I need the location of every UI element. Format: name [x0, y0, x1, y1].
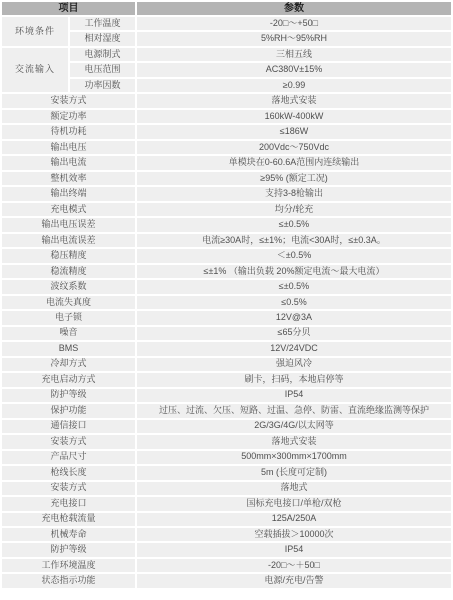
table-row: 防护等级IP54 — [1, 388, 452, 403]
table-row: 波纹系数≤±0.5% — [1, 279, 452, 294]
param-value-cell: AC380V±15% — [136, 62, 452, 77]
table-row: 充电接口国标充电接口/单枪/双枪 — [1, 496, 452, 511]
item-label-cell: 额定功率 — [1, 109, 136, 124]
param-value-cell: IP54 — [136, 388, 452, 403]
param-value-cell: 强迫风冷 — [136, 357, 452, 372]
item-label-cell: 冷却方式 — [1, 357, 136, 372]
table-row: 输出电流单模块在0-60.6A范围内连续输出 — [1, 155, 452, 170]
table-row: 整机效率≥95% (额定工况) — [1, 171, 452, 186]
item-label-cell: 工作环境温度 — [1, 558, 136, 573]
item-label-cell: 待机功耗 — [1, 124, 136, 139]
param-value-cell: 电流≥30A时，≤±1%；电流<30A时，≤±0.3A。 — [136, 233, 452, 248]
param-value-cell: 支持3-8枪输出 — [136, 186, 452, 201]
table-row: 额定功率160kW-400kW — [1, 109, 452, 124]
item-label-cell: 输出电流误差 — [1, 233, 136, 248]
table-row: 电流失真度≤0.5% — [1, 295, 452, 310]
param-value-cell: 均分/轮充 — [136, 202, 452, 217]
item-label-cell: 输出电压误差 — [1, 217, 136, 232]
item-label-cell: 功率因数 — [69, 78, 136, 93]
item-label-cell: 相对湿度 — [69, 31, 136, 46]
item-label-cell: 防护等级 — [1, 542, 136, 557]
spec-sheet: 项目 参数 环境条件工作温度-20□～+50□相对湿度5%RH～95%RH交流输… — [0, 0, 453, 600]
item-label-cell: 工作温度 — [69, 16, 136, 31]
table-row: 通信接口2G/3G/4G/以太网等 — [1, 419, 452, 434]
item-label-cell: 输出终端 — [1, 186, 136, 201]
param-value-cell: -20□～＋50□ — [136, 558, 452, 573]
param-value-cell: 三相五线 — [136, 47, 452, 62]
item-label-cell: 机械寿命 — [1, 527, 136, 542]
param-value-cell: ≥0.99 — [136, 78, 452, 93]
param-value-cell: ＜±0.5% — [136, 248, 452, 263]
item-label-cell: 输出电流 — [1, 155, 136, 170]
table-row: 安装方式落地式安装 — [1, 93, 452, 108]
table-row: 枪线长度5m (长度可定制) — [1, 465, 452, 480]
table-row: 电子锁12V@3A — [1, 310, 452, 325]
param-value-cell: 落地式安装 — [136, 93, 452, 108]
item-label-cell: 电流失真度 — [1, 295, 136, 310]
param-value-cell: 落地式安装 — [136, 434, 452, 449]
table-row: 产品尺寸500mm×300mm×1700mm — [1, 450, 452, 465]
param-value-cell: ≤0.5% — [136, 295, 452, 310]
table-row: 交流输入电源制式三相五线 — [1, 47, 452, 62]
param-value-cell: -20□～+50□ — [136, 16, 452, 31]
table-row: 相对湿度5%RH～95%RH — [1, 31, 452, 46]
item-label-cell: 电子锁 — [1, 310, 136, 325]
item-label-cell: 安装方式 — [1, 93, 136, 108]
header-item-label: 项目 — [1, 1, 136, 16]
item-label-cell: 通信接口 — [1, 419, 136, 434]
table-row: 输出终端支持3-8枪输出 — [1, 186, 452, 201]
item-label-cell: 枪线长度 — [1, 465, 136, 480]
param-value-cell: 电源/充电/告警 — [136, 573, 452, 589]
item-label-cell: 状态指示功能 — [1, 573, 136, 589]
table-row: 保护功能过压、过流、欠压、短路、过温、急停、防雷、直流绝缘监测等保护 — [1, 403, 452, 418]
param-value-cell: ≤±1% （输出负载 20%额定电流～最大电流） — [136, 264, 452, 279]
param-value-cell: 空载插拔＞10000次 — [136, 527, 452, 542]
param-value-cell: 落地式 — [136, 481, 452, 496]
table-row: 电压范围AC380V±15% — [1, 62, 452, 77]
item-label-cell: 稳流精度 — [1, 264, 136, 279]
table-row: 冷却方式强迫风冷 — [1, 357, 452, 372]
param-value-cell: 12V@3A — [136, 310, 452, 325]
param-value-cell: 5m (长度可定制) — [136, 465, 452, 480]
param-value-cell: 单模块在0-60.6A范围内连续输出 — [136, 155, 452, 170]
table-row: 机械寿命空载插拔＞10000次 — [1, 527, 452, 542]
table-row: 充电模式均分/轮充 — [1, 202, 452, 217]
param-value-cell: 125A/250A — [136, 512, 452, 527]
item-label-cell: 整机效率 — [1, 171, 136, 186]
table-row: 输出电压误差≤±0.5% — [1, 217, 452, 232]
table-row: 功率因数≥0.99 — [1, 78, 452, 93]
param-value-cell: 2G/3G/4G/以太网等 — [136, 419, 452, 434]
item-label-cell: 充电启动方式 — [1, 372, 136, 387]
table-header: 项目 参数 — [1, 1, 452, 16]
item-label-cell: 充电接口 — [1, 496, 136, 511]
item-label-cell: 防护等级 — [1, 388, 136, 403]
item-label-cell: 电源制式 — [69, 47, 136, 62]
item-label-cell: 波纹系数 — [1, 279, 136, 294]
param-value-cell: ≤65分贝 — [136, 326, 452, 341]
item-label-cell: 充电枪载流量 — [1, 512, 136, 527]
item-label-cell: BMS — [1, 341, 136, 356]
param-value-cell: 刷卡，扫码，本地启停等 — [136, 372, 452, 387]
param-value-cell: ≤186W — [136, 124, 452, 139]
item-label-cell: 产品尺寸 — [1, 450, 136, 465]
param-value-cell: ≤±0.5% — [136, 279, 452, 294]
table-row: 工作环境温度-20□～＋50□ — [1, 558, 452, 573]
param-value-cell: 12V/24VDC — [136, 341, 452, 356]
group-label-cell: 交流输入 — [1, 47, 69, 93]
table-row: 稳流精度≤±1% （输出负载 20%额定电流～最大电流） — [1, 264, 452, 279]
table-row: 待机功耗≤186W — [1, 124, 452, 139]
table-row: 输出电压200Vdc～750Vdc — [1, 140, 452, 155]
table-row: 安装方式落地式 — [1, 481, 452, 496]
group-label-cell: 环境条件 — [1, 16, 69, 47]
param-value-cell: 过压、过流、欠压、短路、过温、急停、防雷、直流绝缘监测等保护 — [136, 403, 452, 418]
table-row: 环境条件工作温度-20□～+50□ — [1, 16, 452, 31]
param-value-cell: 500mm×300mm×1700mm — [136, 450, 452, 465]
table-row: 噪音≤65分贝 — [1, 326, 452, 341]
table-row: BMS12V/24VDC — [1, 341, 452, 356]
spec-table-body: 环境条件工作温度-20□～+50□相对湿度5%RH～95%RH交流输入电源制式三… — [1, 16, 452, 589]
param-value-cell: 5%RH～95%RH — [136, 31, 452, 46]
table-row: 输出电流误差电流≥30A时，≤±1%；电流<30A时，≤±0.3A。 — [1, 233, 452, 248]
table-row: 安装方式落地式安装 — [1, 434, 452, 449]
table-row: 充电枪载流量125A/250A — [1, 512, 452, 527]
table-row: 状态指示功能电源/充电/告警 — [1, 573, 452, 589]
param-value-cell: IP54 — [136, 542, 452, 557]
table-row: 防护等级IP54 — [1, 542, 452, 557]
header-param-label: 参数 — [136, 1, 452, 16]
item-label-cell: 充电模式 — [1, 202, 136, 217]
item-label-cell: 电压范围 — [69, 62, 136, 77]
table-row: 充电启动方式刷卡，扫码，本地启停等 — [1, 372, 452, 387]
param-value-cell: ≥95% (额定工况) — [136, 171, 452, 186]
param-value-cell: ≤±0.5% — [136, 217, 452, 232]
param-value-cell: 国标充电接口/单枪/双枪 — [136, 496, 452, 511]
spec-table: 项目 参数 环境条件工作温度-20□～+50□相对湿度5%RH～95%RH交流输… — [0, 0, 453, 590]
item-label-cell: 稳压精度 — [1, 248, 136, 263]
table-row: 稳压精度＜±0.5% — [1, 248, 452, 263]
param-value-cell: 160kW-400kW — [136, 109, 452, 124]
item-label-cell: 噪音 — [1, 326, 136, 341]
item-label-cell: 安装方式 — [1, 434, 136, 449]
header-row: 项目 参数 — [1, 1, 452, 16]
param-value-cell: 200Vdc～750Vdc — [136, 140, 452, 155]
item-label-cell: 保护功能 — [1, 403, 136, 418]
item-label-cell: 输出电压 — [1, 140, 136, 155]
item-label-cell: 安装方式 — [1, 481, 136, 496]
